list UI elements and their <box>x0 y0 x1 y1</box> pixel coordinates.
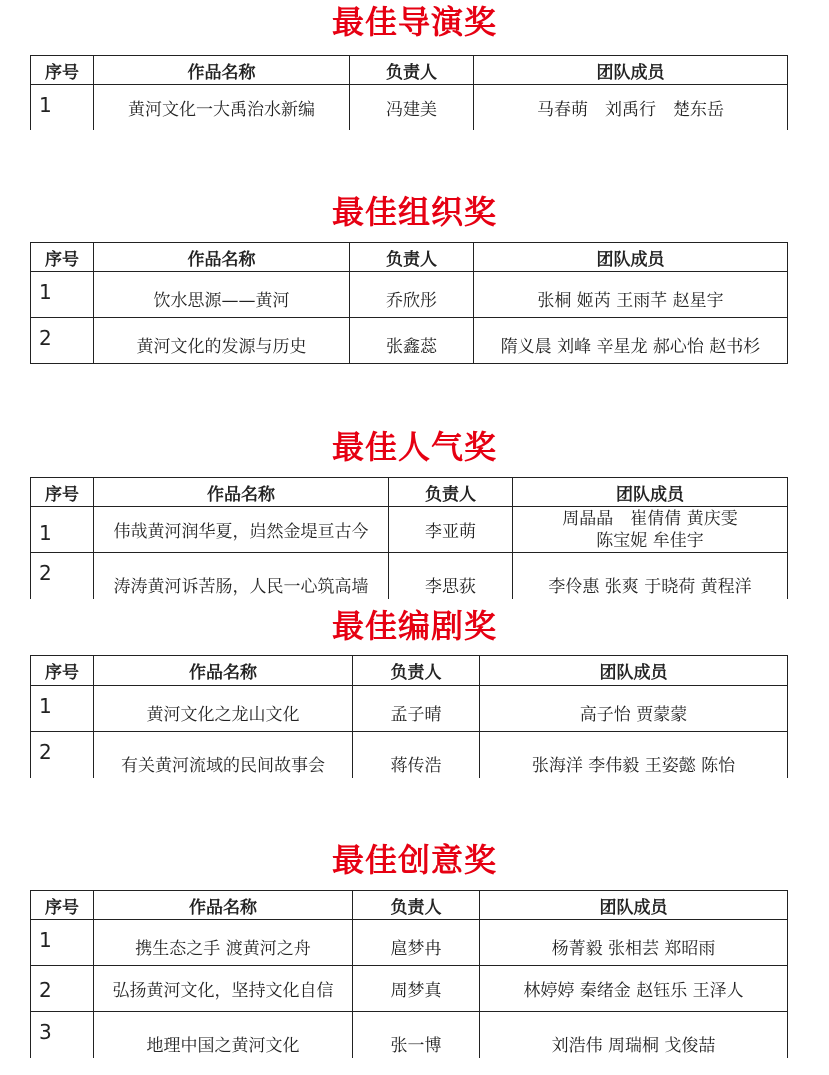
leader-name: 张鑫蕊 <box>350 318 474 364</box>
leader-name: 孟子晴 <box>353 686 480 732</box>
row-index: 3 <box>31 1012 94 1058</box>
header-work-title: 作品名称 <box>94 656 353 686</box>
table-header-row: 序号 作品名称 负责人 团队成员 <box>31 891 788 920</box>
team-members: 刘浩伟 周瑞桐 戈俊喆 <box>480 1012 788 1058</box>
award-title-best-director: 最佳导演奖 <box>0 2 829 42</box>
award-title-best-screenwriter: 最佳编剧奖 <box>0 606 829 646</box>
team-members: 张海洋 李伟毅 王姿懿 陈怡 <box>480 732 788 778</box>
header-index: 序号 <box>31 243 94 272</box>
row-index: 2 <box>31 966 94 1012</box>
row-index: 2 <box>31 553 94 599</box>
team-members-line-1: 周晶晶 崔倩倩 黄庆雯 <box>513 508 787 530</box>
award-table-best-director: 序号 作品名称 负责人 团队成员 1 黄河文化一大禹治水新编 冯建美 马春萌 刘… <box>30 55 788 130</box>
award-title-best-popularity: 最佳人气奖 <box>0 427 829 467</box>
award-table-best-screenwriter: 序号 作品名称 负责人 团队成员 1 黄河文化之龙山文化 孟子晴 高子怡 贾蒙蒙… <box>30 655 788 778</box>
leader-name: 蒋传浩 <box>353 732 480 778</box>
work-title: 涛涛黄河诉苦肠，人民一心筑高墙 <box>94 553 389 599</box>
table-row: 2 弘扬黄河文化，坚持文化自信 周梦真 林婷婷 秦绪金 赵钰乐 王泽人 <box>31 966 788 1012</box>
row-index: 2 <box>31 318 94 364</box>
row-index: 1 <box>31 686 94 732</box>
header-leader: 负责人 <box>350 56 474 85</box>
team-members: 林婷婷 秦绪金 赵钰乐 王泽人 <box>480 966 788 1012</box>
header-leader: 负责人 <box>353 891 480 920</box>
work-title: 饮水思源——黄河 <box>94 272 350 318</box>
award-title-best-organization: 最佳组织奖 <box>0 192 829 232</box>
award-table-best-organization: 序号 作品名称 负责人 团队成员 1 饮水思源——黄河 乔欣彤 张桐 姬芮 王雨… <box>30 242 788 364</box>
header-members: 团队成员 <box>513 478 788 507</box>
header-leader: 负责人 <box>353 656 480 686</box>
row-index: 1 <box>31 507 94 553</box>
team-members: 高子怡 贾蒙蒙 <box>480 686 788 732</box>
table-row: 2 黄河文化的发源与历史 张鑫蕊 隋义晨 刘峰 辛星龙 郝心怡 赵书杉 <box>31 318 788 364</box>
work-title: 携生态之手 渡黄河之舟 <box>94 920 353 966</box>
team-members: 马春萌 刘禹行 楚东岳 <box>474 85 788 130</box>
table-header-row: 序号 作品名称 负责人 团队成员 <box>31 243 788 272</box>
work-title: 黄河文化的发源与历史 <box>94 318 350 364</box>
team-members: 隋义晨 刘峰 辛星龙 郝心怡 赵书杉 <box>474 318 788 364</box>
leader-name: 冯建美 <box>350 85 474 130</box>
table-row: 3 地理中国之黄河文化 张一博 刘浩伟 周瑞桐 戈俊喆 <box>31 1012 788 1058</box>
table-row: 1 黄河文化一大禹治水新编 冯建美 马春萌 刘禹行 楚东岳 <box>31 85 788 130</box>
team-members: 周晶晶 崔倩倩 黄庆雯 陈宝妮 牟佳宇 <box>513 507 788 553</box>
team-members: 张桐 姬芮 王雨芊 赵星宇 <box>474 272 788 318</box>
work-title: 有关黄河流域的民间故事会 <box>94 732 353 778</box>
header-leader: 负责人 <box>389 478 513 507</box>
award-table-best-creativity: 序号 作品名称 负责人 团队成员 1 携生态之手 渡黄河之舟 扈梦冉 杨菁毅 张… <box>30 890 788 1058</box>
award-title-best-creativity: 最佳创意奖 <box>0 840 829 880</box>
header-members: 团队成员 <box>480 656 788 686</box>
row-index: 1 <box>31 85 94 130</box>
team-members: 杨菁毅 张相芸 郑昭雨 <box>480 920 788 966</box>
table-row: 1 黄河文化之龙山文化 孟子晴 高子怡 贾蒙蒙 <box>31 686 788 732</box>
header-index: 序号 <box>31 656 94 686</box>
header-work-title: 作品名称 <box>94 56 350 85</box>
header-members: 团队成员 <box>474 56 788 85</box>
header-work-title: 作品名称 <box>94 243 350 272</box>
table-header-row: 序号 作品名称 负责人 团队成员 <box>31 478 788 507</box>
table-row: 1 伟哉黄河润华夏，岿然金堤亘古今 李亚萌 周晶晶 崔倩倩 黄庆雯 陈宝妮 牟佳… <box>31 507 788 553</box>
team-members-line-2: 陈宝妮 牟佳宇 <box>513 530 787 552</box>
leader-name: 李亚萌 <box>389 507 513 553</box>
header-leader: 负责人 <box>350 243 474 272</box>
table-header-row: 序号 作品名称 负责人 团队成员 <box>31 656 788 686</box>
header-index: 序号 <box>31 478 94 507</box>
header-index: 序号 <box>31 56 94 85</box>
leader-name: 扈梦冉 <box>353 920 480 966</box>
work-title: 黄河文化之龙山文化 <box>94 686 353 732</box>
table-row: 1 携生态之手 渡黄河之舟 扈梦冉 杨菁毅 张相芸 郑昭雨 <box>31 920 788 966</box>
work-title: 伟哉黄河润华夏，岿然金堤亘古今 <box>94 507 389 553</box>
leader-name: 张一博 <box>353 1012 480 1058</box>
header-members: 团队成员 <box>474 243 788 272</box>
table-row: 1 饮水思源——黄河 乔欣彤 张桐 姬芮 王雨芊 赵星宇 <box>31 272 788 318</box>
table-row: 2 有关黄河流域的民间故事会 蒋传浩 张海洋 李伟毅 王姿懿 陈怡 <box>31 732 788 778</box>
table-row: 2 涛涛黄河诉苦肠，人民一心筑高墙 李思荻 李伶惠 张爽 于晓荷 黄程洋 <box>31 553 788 599</box>
table-header-row: 序号 作品名称 负责人 团队成员 <box>31 56 788 85</box>
header-members: 团队成员 <box>480 891 788 920</box>
work-title: 弘扬黄河文化，坚持文化自信 <box>94 966 353 1012</box>
header-work-title: 作品名称 <box>94 891 353 920</box>
leader-name: 乔欣彤 <box>350 272 474 318</box>
row-index: 1 <box>31 920 94 966</box>
header-work-title: 作品名称 <box>94 478 389 507</box>
award-table-best-popularity: 序号 作品名称 负责人 团队成员 1 伟哉黄河润华夏，岿然金堤亘古今 李亚萌 周… <box>30 477 788 599</box>
row-index: 1 <box>31 272 94 318</box>
leader-name: 李思荻 <box>389 553 513 599</box>
team-members: 李伶惠 张爽 于晓荷 黄程洋 <box>513 553 788 599</box>
leader-name: 周梦真 <box>353 966 480 1012</box>
row-index: 2 <box>31 732 94 778</box>
work-title: 黄河文化一大禹治水新编 <box>94 85 350 130</box>
header-index: 序号 <box>31 891 94 920</box>
work-title: 地理中国之黄河文化 <box>94 1012 353 1058</box>
